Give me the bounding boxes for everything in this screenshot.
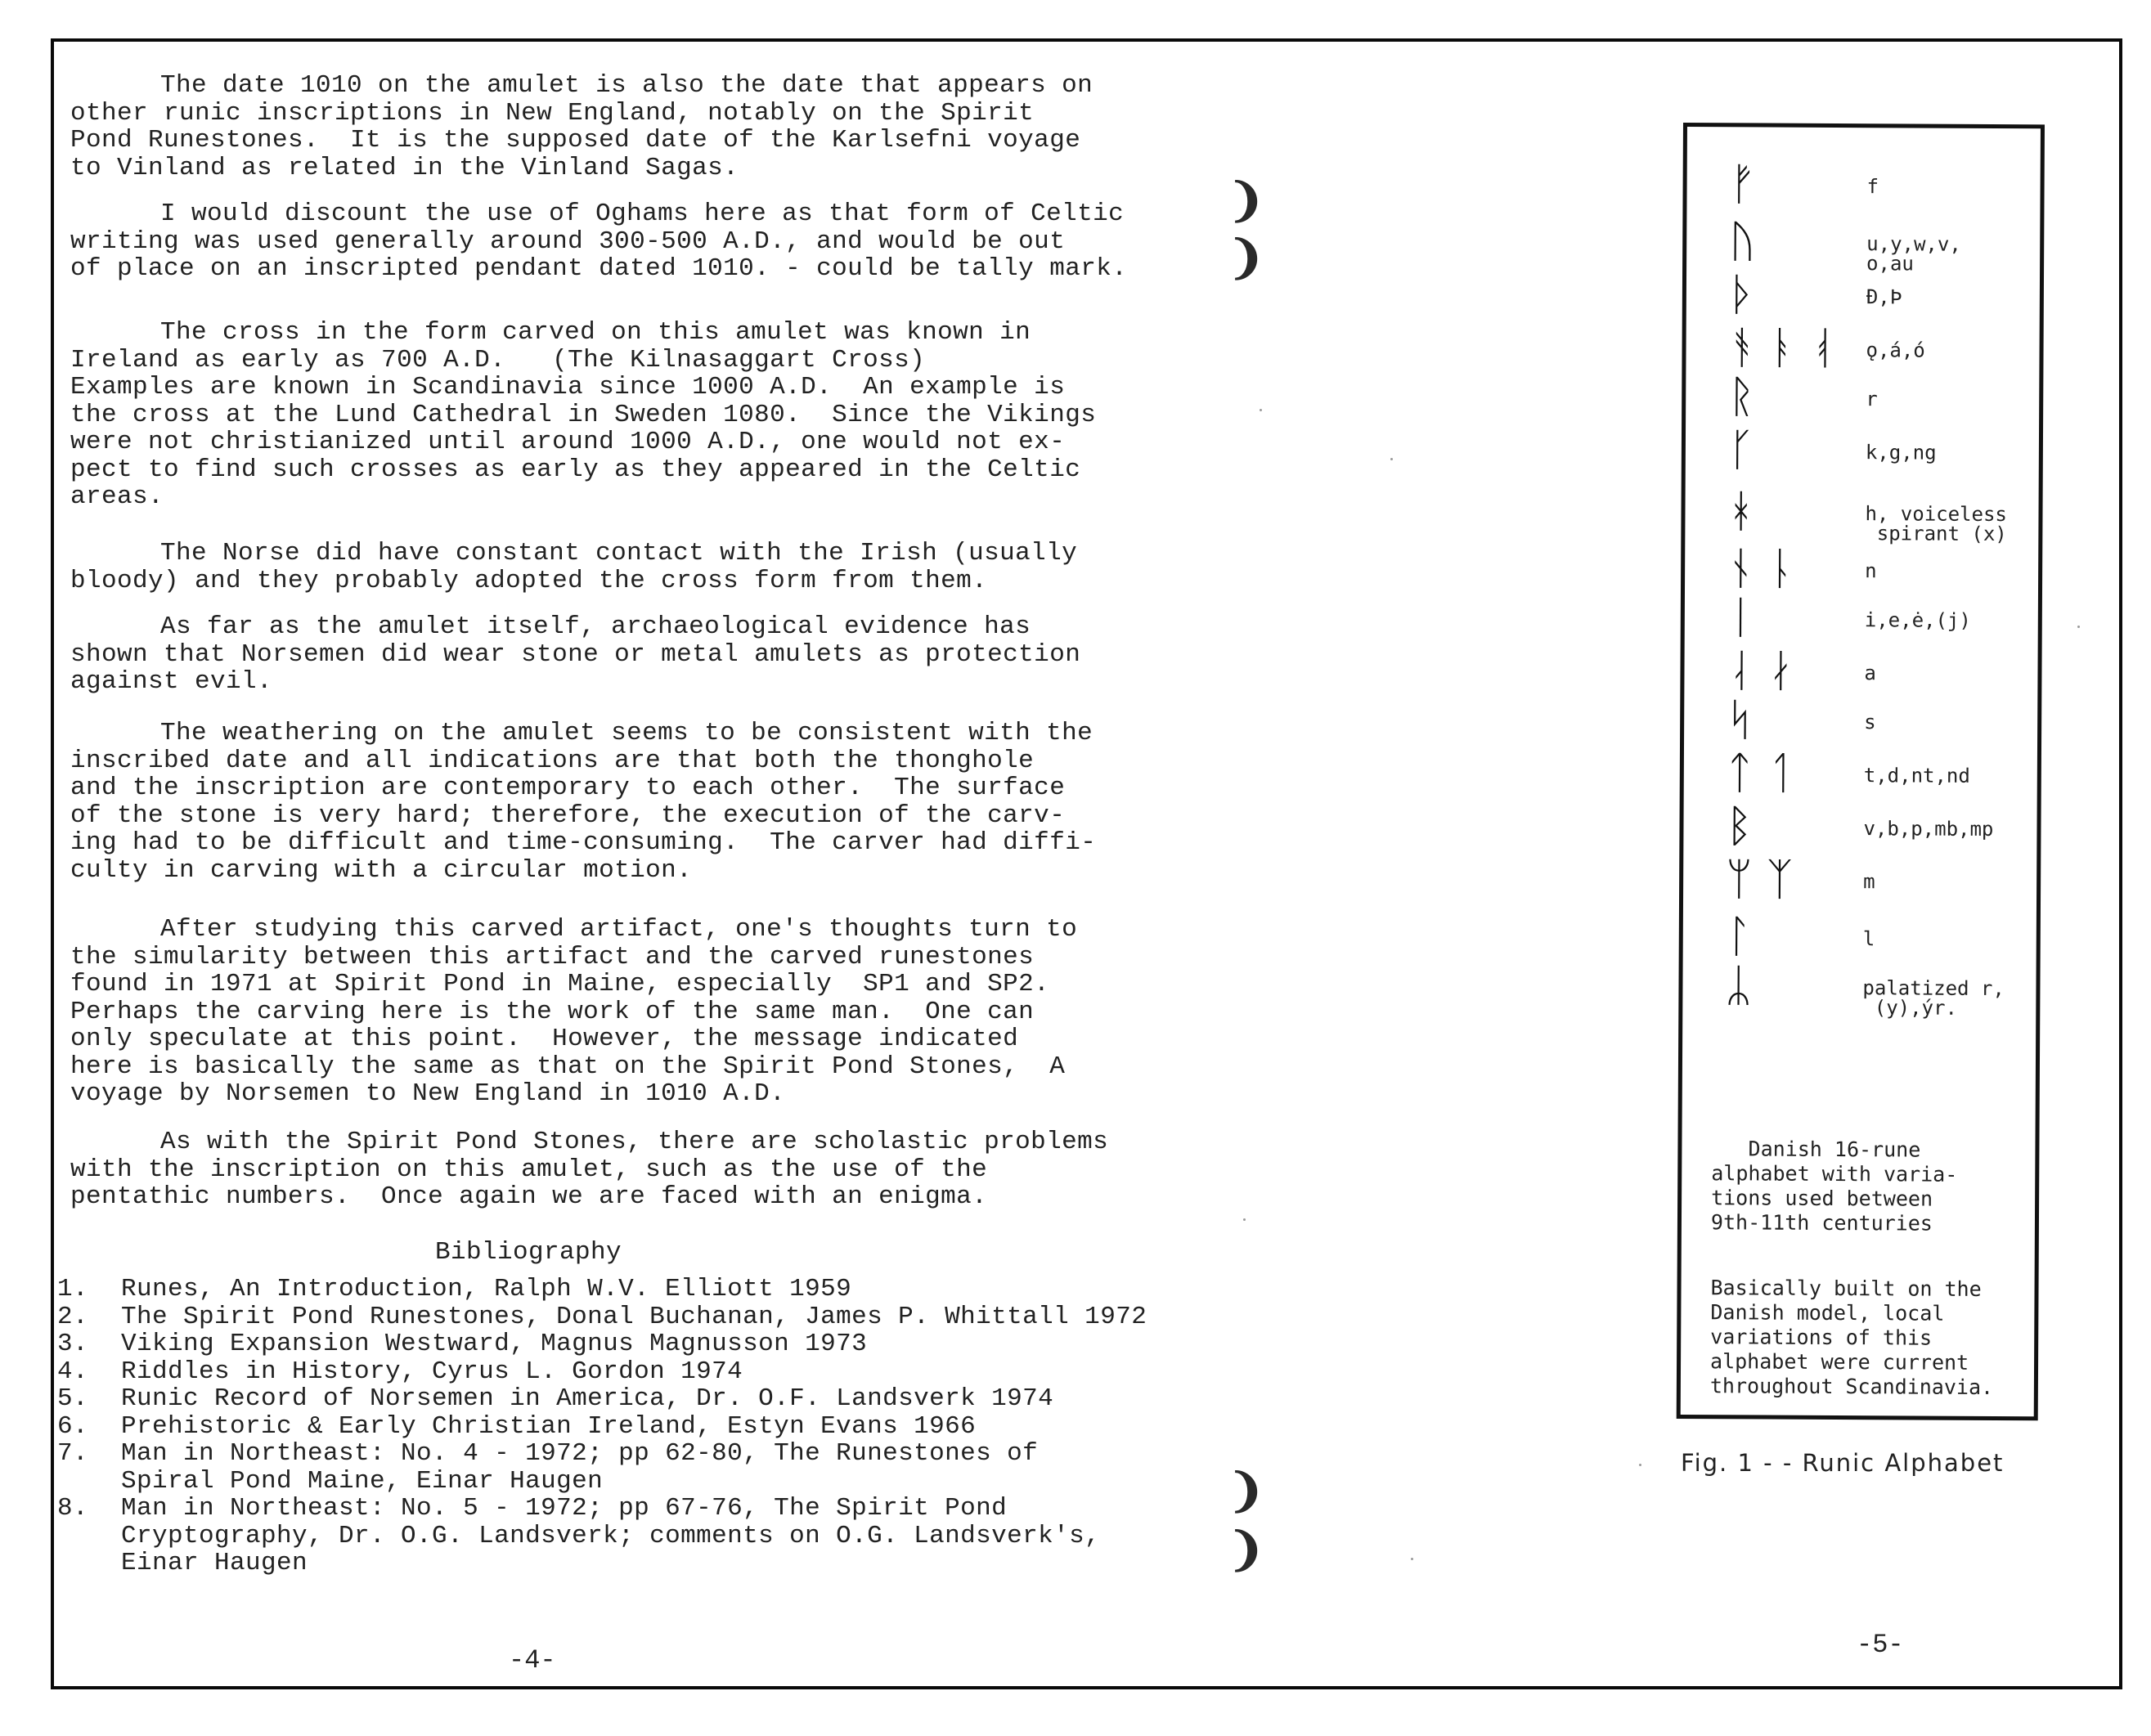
paragraph: As far as the amulet itself, archaeologi… — [70, 613, 1080, 696]
bibliography-entry-number: 4. — [57, 1358, 121, 1386]
paragraph-line: I would discount the use of Oghams here … — [70, 200, 1127, 228]
paragraph-line: only speculate at this point. However, t… — [70, 1025, 1077, 1053]
paragraph-line: Ireland as early as 700 A.D. (The Kilnas… — [70, 347, 1096, 375]
rune-sound-value: s — [1864, 712, 1876, 732]
rune-sound-value: m — [1863, 872, 1875, 891]
rune-row: ᛒv,b,p,mb,mp — [1684, 801, 2037, 803]
paragraph-line: The date 1010 on the amulet is also the … — [70, 72, 1093, 100]
paragraph-line: Examples are known in Scandinavia since … — [70, 374, 1096, 401]
rune-glyph: ᛒ — [1726, 801, 1753, 850]
bibliography-heading: Bibliography — [435, 1239, 622, 1267]
binder-mark-icon: ❩ — [1227, 173, 1265, 227]
binder-mark-icon: ❩ — [1227, 231, 1265, 285]
bibliography-list: 1.Runes, An Introduction, Ralph W.V. Ell… — [57, 1276, 1147, 1577]
page-number-left: -4- — [509, 1645, 556, 1675]
rune-row: ᛦpalatized r, (y),ýr. — [1683, 961, 2036, 962]
binder-mark-icon: ❩ — [1227, 1464, 1265, 1518]
bibliography-entry-text: Viking Expansion Westward, Magnus Magnus… — [121, 1330, 867, 1358]
paragraph-line: of place on an inscripted pendant dated … — [70, 255, 1127, 283]
rune-row: ᚦÐ,Þ — [1686, 270, 2040, 271]
paragraph-line: with the inscription on this amulet, suc… — [70, 1156, 1108, 1184]
bibliography-entry: 5.Runic Record of Norsemen in America, D… — [57, 1385, 1147, 1413]
paragraph-line: the cross at the Lund Cathedral in Swede… — [70, 401, 1096, 429]
paragraph-line: and the inscription are contemporary to … — [70, 774, 1096, 802]
paragraph: The Norse did have constant contact with… — [70, 540, 1077, 594]
rune-row: ᛘ ᛉm — [1683, 855, 2036, 856]
rune-glyph: ᚦ — [1729, 270, 1756, 319]
figure-caption: Fig. 1 - - Runic Alphabet — [1681, 1449, 2004, 1477]
page-number-right: -5- — [1857, 1630, 1904, 1660]
rune-sound-value: i,e,ė,(j) — [1865, 610, 1971, 630]
rune-glyph: ᛘ ᛉ — [1726, 855, 1793, 904]
bibliography-entry-number: 5. — [57, 1385, 121, 1413]
rune-glyph: ᛦ — [1725, 961, 1752, 1010]
rune-sound-value: r — [1866, 389, 1878, 409]
paragraph-line: The Norse did have constant contact with… — [70, 540, 1077, 567]
paragraph-line: ing had to be difficult and time-consumi… — [70, 829, 1096, 857]
scan-speck — [1390, 458, 1393, 460]
paragraph-line: Perhaps the carving here is the work of … — [70, 998, 1077, 1026]
bibliography-entry-number: 1. — [57, 1276, 121, 1303]
paragraph-line: were not christianized until around 1000… — [70, 428, 1096, 456]
paragraph: The date 1010 on the amulet is also the … — [70, 72, 1093, 182]
rune-sound-value: n — [1865, 561, 1877, 581]
rune-row: ᛆ ᛅa — [1685, 646, 2038, 648]
rune-glyph: ᚼ — [1727, 487, 1754, 536]
paragraph-line: voyage by Norsemen to New England in 101… — [70, 1080, 1077, 1108]
rune-row: ᛏ ᛐt,d,nt,nd — [1684, 748, 2037, 750]
bibliography-entry-text-continued: Spiral Pond Maine, Einar Haugen — [57, 1468, 1147, 1496]
bibliography-entry-text: Runic Record of Norsemen in America, Dr.… — [121, 1384, 1053, 1413]
bibliography-entry: 1.Runes, An Introduction, Ralph W.V. Ell… — [57, 1276, 1147, 1303]
rune-glyph: ᛁ — [1727, 593, 1754, 642]
paragraph-line: As with the Spirit Pond Stones, there ar… — [70, 1128, 1108, 1156]
rune-row: ᚱr — [1686, 372, 2039, 374]
bibliography-entry: 4.Riddles in History, Cyrus L. Gordon 19… — [57, 1358, 1147, 1386]
paragraph-line: other runic inscriptions in New England,… — [70, 100, 1093, 128]
bibliography-entry-text: Prehistoric & Early Christian Ireland, E… — [121, 1412, 976, 1441]
rune-sound-value: a — [1864, 663, 1876, 683]
figure-note-danish-16-rune: Danish 16-rune alphabet with varia- tion… — [1711, 1137, 1958, 1236]
paragraph-line: to Vinland as related in the Vinland Sag… — [70, 155, 1093, 182]
binder-mark-icon: ❩ — [1227, 1523, 1265, 1577]
rune-row: ᛚl — [1683, 912, 2036, 913]
paragraph: After studying this carved artifact, one… — [70, 916, 1077, 1108]
rune-sound-value: u,y,w,v, o,au — [1866, 234, 1961, 274]
scan-speck — [1639, 1464, 1641, 1466]
paragraph: The weathering on the amulet seems to be… — [70, 720, 1096, 884]
bibliography-entry: 8.Man in Northeast: No. 5 - 1972; pp 67-… — [57, 1495, 1147, 1577]
paragraph: I would discount the use of Oghams here … — [70, 200, 1127, 283]
rune-row: ᚼh, voiceless spirant (x) — [1686, 487, 2039, 488]
rune-glyph: ᛚ — [1726, 912, 1753, 961]
rune-sound-value: v,b,p,mb,mp — [1863, 819, 1993, 839]
rune-row: ᚬ ᚭ ᚮǫ,á,ó — [1686, 323, 2040, 325]
bibliography-entry: 6.Prehistoric & Early Christian Ireland,… — [57, 1413, 1147, 1441]
rune-sound-value: Ð,Þ — [1866, 287, 1902, 307]
rune-glyph: ᚬ ᚭ ᚮ — [1728, 323, 1836, 373]
paragraph-line: pect to find such crosses as early as th… — [70, 456, 1096, 484]
rune-glyph: ᛋ — [1727, 695, 1754, 744]
bibliography-entry-text-continued: Einar Haugen — [57, 1550, 1147, 1577]
scan-speck — [1260, 409, 1262, 411]
bibliography-entry-text: Runes, An Introduction, Ralph W.V. Ellio… — [121, 1275, 851, 1303]
rune-glyph: ᚠ — [1729, 159, 1756, 209]
rune-row: ᛋs — [1684, 695, 2037, 697]
bibliography-entry-number: 8. — [57, 1495, 121, 1523]
rune-sound-value: h, voiceless spirant (x) — [1865, 504, 2007, 544]
paragraph-line: bloody) and they probably adopted the cr… — [70, 567, 1077, 595]
paragraph-line: against evil. — [70, 668, 1080, 696]
rune-glyph: ᚱ — [1728, 372, 1755, 421]
rune-row: ᚠf — [1687, 159, 2041, 161]
rune-glyph: ᚢ — [1729, 217, 1756, 266]
paragraph-line: of the stone is very hard; therefore, th… — [70, 802, 1096, 830]
paragraph-line: shown that Norsemen did wear stone or me… — [70, 641, 1080, 669]
paragraph-line: writing was used generally around 300-50… — [70, 228, 1127, 256]
rune-row: ᚴk,g,ng — [1686, 425, 2039, 427]
paragraph-line: found in 1971 at Spirit Pond in Maine, e… — [70, 971, 1077, 998]
paragraph-line: As far as the amulet itself, archaeologi… — [70, 613, 1080, 641]
rune-sound-value: k,g,ng — [1866, 442, 1937, 462]
bibliography-entry-number: 7. — [57, 1440, 121, 1468]
bibliography-entry-number: 6. — [57, 1413, 121, 1441]
paragraph-line: pentathic numbers. Once again we are fac… — [70, 1183, 1108, 1211]
bibliography-entry: 3.Viking Expansion Westward, Magnus Magn… — [57, 1330, 1147, 1358]
rune-glyph: ᚴ — [1728, 425, 1755, 474]
paragraph-line: the simularity between this artifact and… — [70, 944, 1077, 971]
paragraph-line: areas. — [70, 483, 1096, 511]
bibliography-entry: 2.The Spirit Pond Runestones, Donal Buch… — [57, 1303, 1147, 1331]
paragraph: The cross in the form carved on this amu… — [70, 319, 1096, 511]
rune-sound-value: palatized r, (y),ýr. — [1862, 978, 2005, 1018]
bibliography-entry-text: Man in Northeast: No. 4 - 1972; pp 62-80… — [121, 1439, 1038, 1468]
bibliography-entry-number: 3. — [57, 1330, 121, 1358]
rune-glyph: ᛆ ᛅ — [1727, 646, 1794, 695]
rune-sound-value: ǫ,á,ó — [1866, 340, 1924, 360]
rune-row: ᚢu,y,w,v, o,au — [1686, 217, 2040, 218]
paragraph-line: The cross in the form carved on this amu… — [70, 319, 1096, 347]
paragraph-line: After studying this carved artifact, one… — [70, 916, 1077, 944]
rune-glyph: ᛏ ᛐ — [1727, 748, 1794, 797]
scan-speck — [1411, 1558, 1413, 1560]
paragraph: As with the Spirit Pond Stones, there ar… — [70, 1128, 1108, 1211]
figure-note-scandinavia: Basically built on the Danish model, loc… — [1710, 1276, 1994, 1400]
paragraph-line: here is basically the same as that on th… — [70, 1053, 1077, 1081]
scan-speck — [1243, 1218, 1246, 1221]
bibliography-entry-text-continued: Cryptography, Dr. O.G. Landsverk; commen… — [57, 1523, 1147, 1550]
bibliography-entry-text: Riddles in History, Cyrus L. Gordon 1974 — [121, 1357, 743, 1386]
paragraph-line: inscribed date and all indications are t… — [70, 747, 1096, 775]
bibliography-entry: 7.Man in Northeast: No. 4 - 1972; pp 62-… — [57, 1440, 1147, 1495]
rune-sound-value: l — [1863, 929, 1875, 949]
bibliography-entry-text: The Spirit Pond Runestones, Donal Buchan… — [121, 1303, 1147, 1331]
paragraph-line: Pond Runestones. It is the supposed date… — [70, 127, 1093, 155]
runic-alphabet-figure: Danish 16-rune alphabet with varia- tion… — [1677, 123, 2045, 1420]
rune-sound-value: f — [1867, 177, 1879, 196]
rune-row: ᛁi,e,ė,(j) — [1685, 593, 2038, 594]
paragraph-line: culty in carving with a circular motion. — [70, 857, 1096, 885]
bibliography-entry-text: Man in Northeast: No. 5 - 1972; pp 67-76… — [121, 1494, 1007, 1523]
rune-sound-value: t,d,nt,nd — [1864, 765, 1970, 786]
rune-glyph: ᚾ ᚿ — [1727, 544, 1794, 593]
bibliography-entry-number: 2. — [57, 1303, 121, 1331]
scan-speck — [2077, 626, 2080, 628]
paragraph-line: The weathering on the amulet seems to be… — [70, 720, 1096, 747]
